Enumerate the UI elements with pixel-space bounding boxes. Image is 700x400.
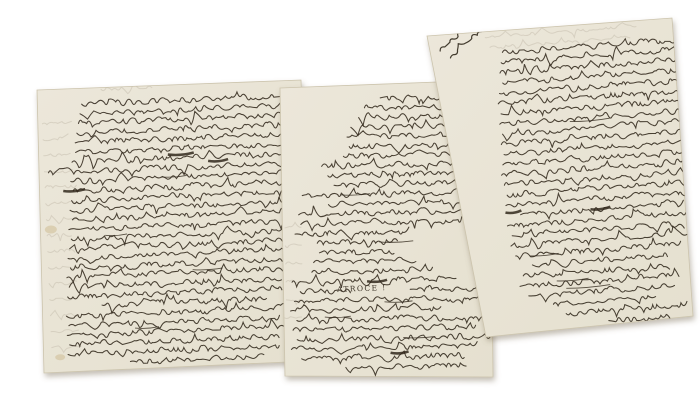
manuscript-photograph: ATROCE ! — [0, 0, 700, 400]
page-left-leaf — [37, 76, 309, 373]
manuscript-svg — [0, 0, 700, 400]
caps-word: ATROCE ! — [337, 283, 387, 294]
